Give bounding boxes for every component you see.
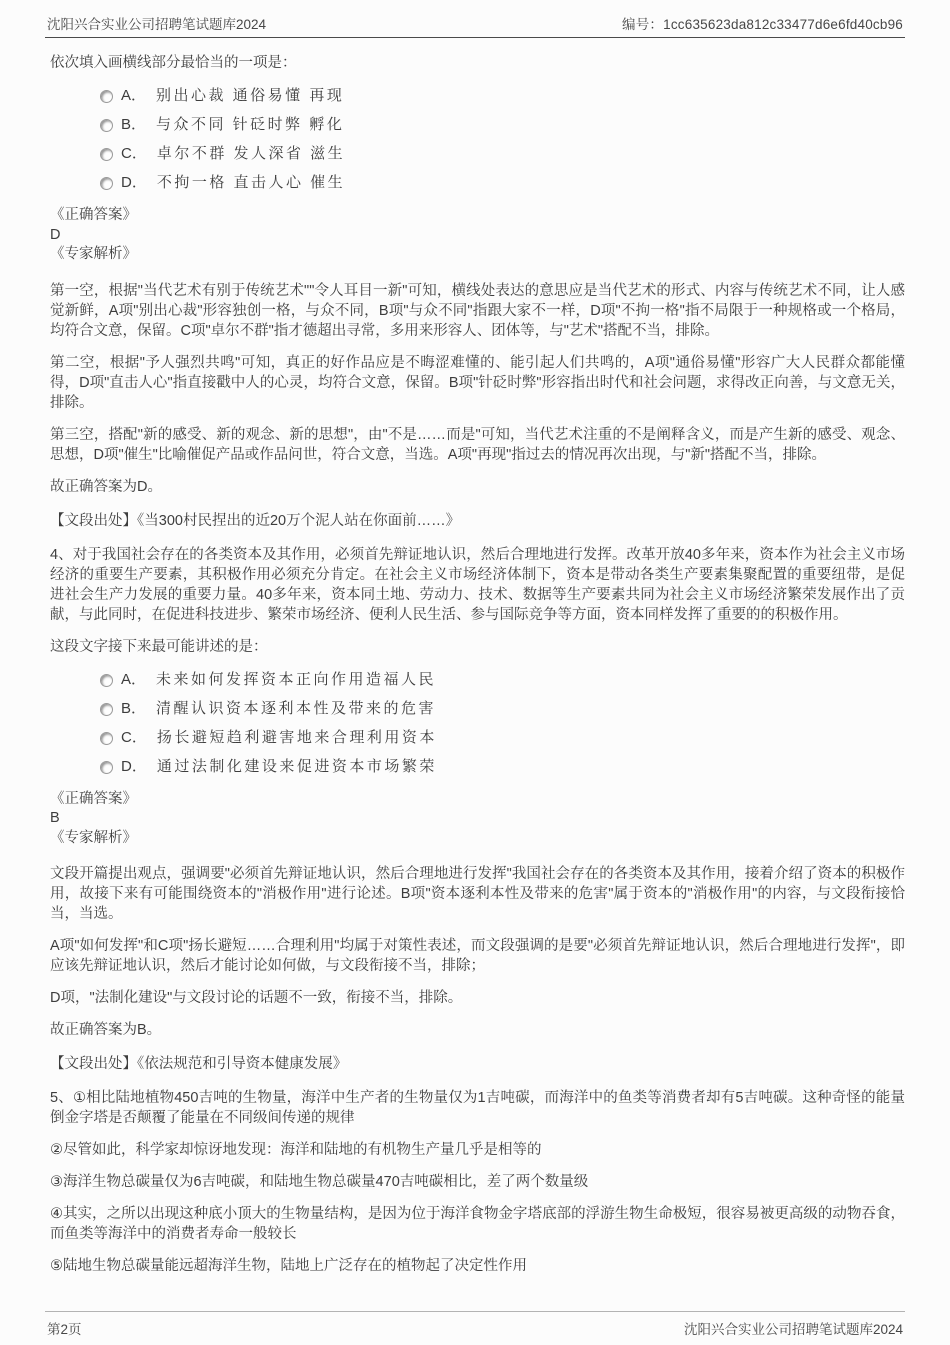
- question-block-4: 4、对于我国社会存在的各类资本及其作用，必须首先辩证地认识，然后合理地进行发挥。…: [50, 545, 905, 1075]
- doc-number-value: 1cc635623da812c33477d6e6fd40cb96: [663, 17, 903, 32]
- q3-answer-heading: 《正确答案》: [50, 206, 905, 226]
- option-text: 清醒认识资本逐利本性及带来的危害: [156, 699, 436, 719]
- q3-option-b[interactable]: B． 与众不同 针砭时弊 孵化: [100, 115, 905, 135]
- q5-sentence-1-text: ①相比陆地植物450吉吨的生物量，海洋中生产者的生物量仅为1吉吨碳，而海洋中的鱼…: [50, 1090, 905, 1126]
- option-letter: A．: [121, 86, 146, 106]
- footer-page-number: 第2页: [47, 1318, 82, 1338]
- q3-option-c[interactable]: C． 卓尔不群 发人深省 滋生: [100, 144, 905, 164]
- option-letter: A．: [121, 670, 146, 690]
- q4-option-b[interactable]: B． 清醒认识资本逐利本性及带来的危害: [100, 699, 905, 719]
- q3-passage-source: 【文段出处】《当300村民捏出的近20万个泥人站在你面前……》: [50, 511, 905, 531]
- q3-option-d[interactable]: D． 不拘一格 直击人心 催生: [100, 173, 905, 193]
- q5-sentence-4: ④其实，之所以出现这种底小顶大的生物量结构，是因为位于海洋食物金字塔底部的浮游生…: [50, 1204, 905, 1244]
- option-text: 未来如何发挥资本正向作用造福人民: [156, 670, 436, 690]
- q4-passage-source: 【文段出处】《依法规范和引导资本健康发展》: [50, 1054, 905, 1074]
- q3-answer-value: D: [50, 226, 905, 246]
- q5-sentence-3: ③海洋生物总碳量仅为6吉吨碳，和陆地生物总碳量470吉吨碳相比，差了两个数量级: [50, 1172, 905, 1192]
- q5-sentence-1: 5、①相比陆地植物450吉吨的生物量，海洋中生产者的生物量仅为1吉吨碳，而海洋中…: [50, 1088, 905, 1128]
- q4-option-c[interactable]: C． 扬长避短趋利避害地来合理利用资本: [100, 728, 905, 748]
- q4-number: 4、: [50, 547, 73, 563]
- header-doc-number: 编号：1cc635623da812c33477d6e6fd40cb96: [622, 13, 903, 33]
- q4-analysis-paragraph-1: 文段开篇提出观点，强调要"必须首先辩证地认识，然后合理地进行发挥"我国社会存在的…: [50, 864, 905, 924]
- q3-option-c-radio-button[interactable]: [100, 148, 113, 161]
- q4-option-b-radio-button[interactable]: [100, 703, 113, 716]
- option-text: 卓尔不群 发人深省 滋生: [157, 144, 345, 164]
- q3-option-a-radio-button[interactable]: [100, 90, 113, 103]
- q3-analysis-paragraph-3: 第三空，搭配"新的感受、新的观念、新的思想"，由"不是……而是"可知，当代艺术注…: [50, 425, 905, 465]
- q3-options-group: A． 别出心裁 通俗易懂 再现 B． 与众不同 针砭时弊 孵化 C． 卓尔不群 …: [50, 86, 905, 193]
- option-letter: C．: [121, 144, 147, 164]
- option-text: 扬长避短趋利避害地来合理利用资本: [157, 728, 437, 748]
- q4-answer-heading: 《正确答案》: [50, 790, 905, 810]
- q4-analysis-paragraph-2: A项"如何发挥"和C项"扬长避短……合理利用"均属于对策性表述，而文段强调的是要…: [50, 936, 905, 976]
- q3-option-a[interactable]: A． 别出心裁 通俗易懂 再现: [100, 86, 905, 106]
- q4-analysis-paragraph-3: D项，"法制化建设"与文段讨论的话题不一致，衔接不当，排除。: [50, 988, 905, 1008]
- q5-number: 5、: [50, 1090, 73, 1106]
- q5-sentence-2: ②尽管如此，科学家却惊讶地发现：海洋和陆地的有机物生产量几乎是相等的: [50, 1140, 905, 1160]
- q3-stem: 依次填入画横线部分最恰当的一项是：: [50, 53, 905, 73]
- document-content: 依次填入画横线部分最恰当的一项是： A． 别出心裁 通俗易懂 再现 B． 与众不…: [0, 38, 950, 1319]
- doc-number-label: 编号：: [622, 17, 663, 32]
- q4-option-a-radio-button[interactable]: [100, 674, 113, 687]
- q4-passage: 4、对于我国社会存在的各类资本及其作用，必须首先辩证地认识，然后合理地进行发挥。…: [50, 545, 905, 625]
- q4-option-d-radio-button[interactable]: [100, 761, 113, 774]
- footer-title: 沈阳兴合实业公司招聘笔试题库2024: [684, 1318, 903, 1338]
- option-letter: D．: [121, 757, 147, 777]
- question-block-5: 5、①相比陆地植物450吉吨的生物量，海洋中生产者的生物量仅为1吉吨碳，而海洋中…: [50, 1088, 905, 1276]
- q3-analysis-paragraph-2: 第二空，根据"予人强烈共鸣"可知，真正的好作品应是不晦涩难懂的、能引起人们共鸣的…: [50, 353, 905, 413]
- q4-option-c-radio-button[interactable]: [100, 732, 113, 745]
- q4-answer-value: B: [50, 809, 905, 829]
- page-footer: 第2页 沈阳兴合实业公司招聘笔试题库2024: [45, 1311, 905, 1338]
- q3-conclusion: 故正确答案为D。: [50, 477, 905, 497]
- question-block-3: 依次填入画横线部分最恰当的一项是： A． 别出心裁 通俗易懂 再现 B． 与众不…: [50, 53, 905, 531]
- q3-option-d-radio-button[interactable]: [100, 177, 113, 190]
- q4-options-group: A． 未来如何发挥资本正向作用造福人民 B． 清醒认识资本逐利本性及带来的危害 …: [50, 670, 905, 777]
- q4-conclusion: 故正确答案为B。: [50, 1020, 905, 1040]
- option-text: 通过法制化建设来促进资本市场繁荣: [157, 757, 437, 777]
- option-letter: C．: [121, 728, 147, 748]
- q3-analysis-heading: 《专家解析》: [50, 245, 905, 265]
- q4-option-d[interactable]: D． 通过法制化建设来促进资本市场繁荣: [100, 757, 905, 777]
- page-header: 沈阳兴合实业公司招聘笔试题库2024 编号：1cc635623da812c334…: [45, 0, 905, 38]
- option-letter: B．: [121, 699, 146, 719]
- option-text: 别出心裁 通俗易懂 再现: [156, 86, 344, 106]
- q4-stem: 这段文字接下来最可能讲述的是：: [50, 637, 905, 657]
- document-page: 沈阳兴合实业公司招聘笔试题库2024 编号：1cc635623da812c334…: [0, 0, 950, 1345]
- q5-sentence-5: ⑤陆地生物总碳量能远超海洋生物，陆地上广泛存在的植物起了决定性作用: [50, 1256, 905, 1276]
- q4-option-a[interactable]: A． 未来如何发挥资本正向作用造福人民: [100, 670, 905, 690]
- q4-passage-text: 对于我国社会存在的各类资本及其作用，必须首先辩证地认识，然后合理地进行发挥。改革…: [50, 547, 905, 623]
- option-text: 与众不同 针砭时弊 孵化: [156, 115, 344, 135]
- q3-option-b-radio-button[interactable]: [100, 119, 113, 132]
- option-letter: D．: [121, 173, 147, 193]
- option-text: 不拘一格 直击人心 催生: [157, 173, 345, 193]
- q4-analysis-heading: 《专家解析》: [50, 829, 905, 849]
- header-title: 沈阳兴合实业公司招聘笔试题库2024: [47, 13, 266, 33]
- q3-analysis-paragraph-1: 第一空，根据"当代艺术有别于传统艺术""令人耳目一新"可知，横线处表达的意思应是…: [50, 281, 905, 341]
- option-letter: B．: [121, 115, 146, 135]
